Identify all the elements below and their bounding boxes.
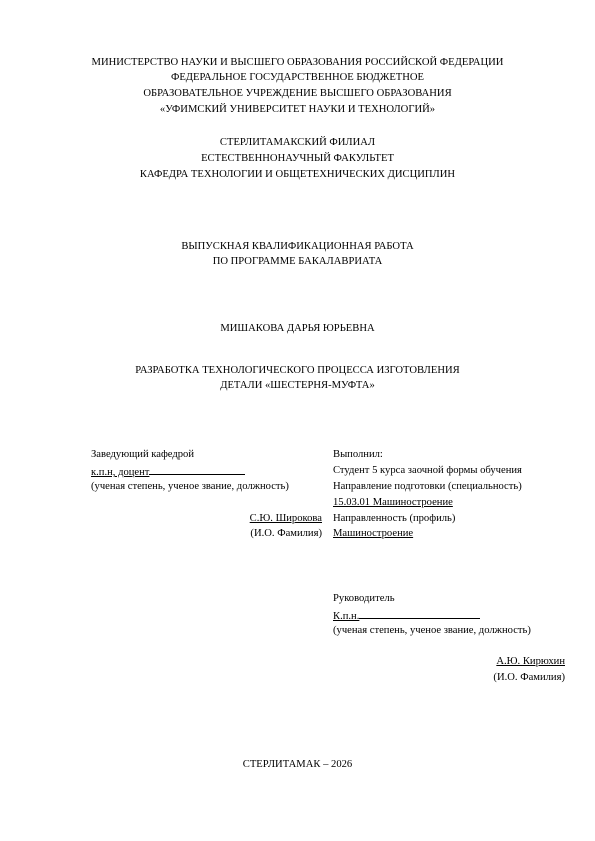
student-title: Выполнил: [333,448,383,461]
supervisor-name: А.Ю. Кирюхин [496,655,565,668]
header-line: ОБРАЗОВАТЕЛЬНОЕ УЧРЕЖДЕНИЕ ВЫСШЕГО ОБРАЗ… [0,87,595,100]
head-name-text: С.Ю. Широкова [250,513,322,524]
head-name-hint: (И.О. Фамилия) [250,527,322,540]
work-type-line: ПО ПРОГРАММЕ БАКАЛАВРИАТА [0,255,595,268]
work-type-line: ВЫПУСКНАЯ КВАЛИФИКАЦИОННАЯ РАБОТА [0,240,595,253]
city-year: СТЕРЛИТАМАК – 2026 [0,758,595,771]
signature-line [149,464,245,475]
supervisor-name-text: А.Ю. Кирюхин [496,656,565,667]
branch-line: СТЕРЛИТАМАКСКИЙ ФИЛИАЛ [0,136,595,149]
header-line: МИНИСТЕРСТВО НАУКИ И ВЫСШЕГО ОБРАЗОВАНИЯ… [0,56,595,69]
head-degree: к.п.н, доцент [91,467,149,478]
branch-line: ЕСТЕСТВЕННОНАУЧНЫЙ ФАКУЛЬТЕТ [0,152,595,165]
direction-value: 15.03.01 Машиностроение [333,496,453,509]
head-title: Заведующий кафедрой [91,448,194,461]
signature-line [359,608,480,619]
supervisor-degree: К.п.н. [333,611,359,622]
student-course: Студент 5 курса заочной формы обучения [333,464,522,477]
supervisor-name-hint: (И.О. Фамилия) [493,671,565,684]
profile-label: Направленность (профиль) [333,512,455,525]
head-name: С.Ю. Широкова [250,512,322,525]
topic-line: РАЗРАБОТКА ТЕХНОЛОГИЧЕСКОГО ПРОЦЕССА ИЗГ… [0,364,595,377]
header-line: «УФИМСКИЙ УНИВЕРСИТЕТ НАУКИ И ТЕХНОЛОГИЙ… [0,103,595,116]
direction-label: Направление подготовки (специальность) [333,480,522,493]
supervisor-degree-field: К.п.н. [333,608,480,623]
author-name: МИШАКОВА ДАРЬЯ ЮРЬЕВНА [0,322,595,335]
head-degree-field: к.п.н, доцент [91,464,245,479]
topic-line: ДЕТАЛИ «ШЕСТЕРНЯ-МУФТА» [0,379,595,392]
head-degree-hint: (ученая степень, ученое звание, должност… [91,480,289,493]
supervisor-title: Руководитель [333,592,395,605]
branch-line: КАФЕДРА ТЕХНОЛОГИИ И ОБЩЕТЕХНИЧЕСКИХ ДИС… [0,168,595,181]
supervisor-degree-hint: (ученая степень, ученое звание, должност… [333,624,531,637]
profile-value: Машиностроение [333,527,413,540]
header-line: ФЕДЕРАЛЬНОЕ ГОСУДАРСТВЕННОЕ БЮДЖЕТНОЕ [0,71,595,84]
